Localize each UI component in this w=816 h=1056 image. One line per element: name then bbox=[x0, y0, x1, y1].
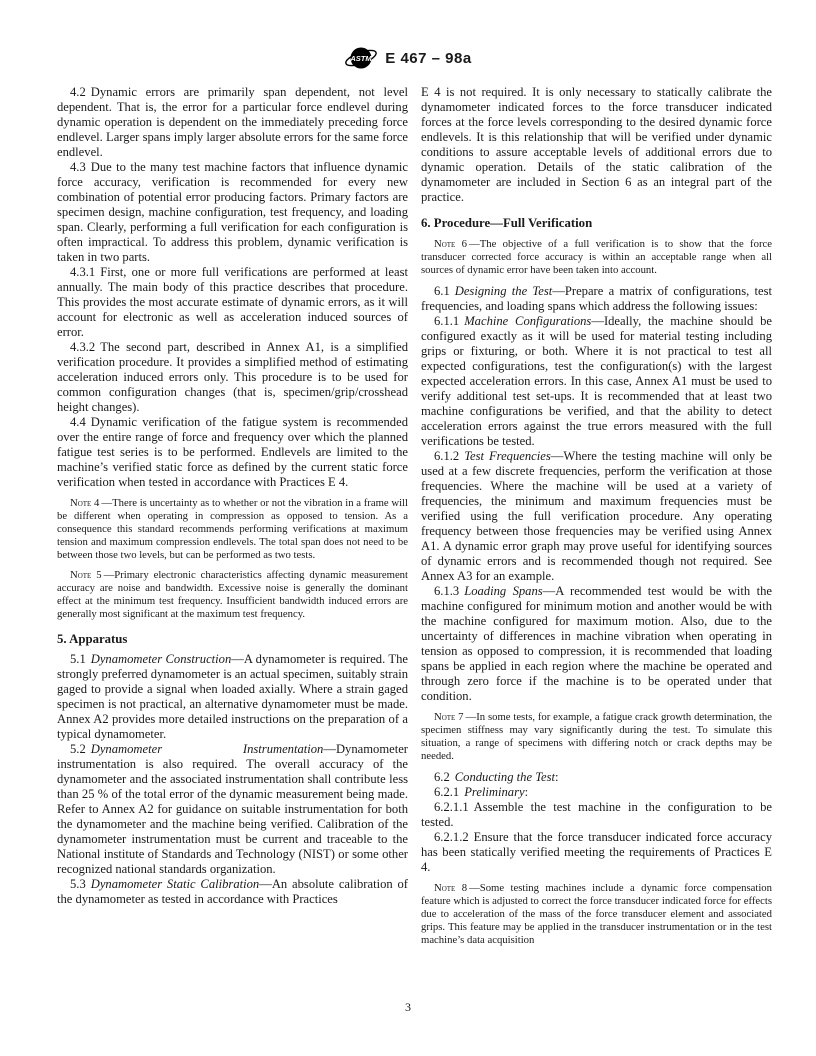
section-number: 6.2 bbox=[434, 770, 450, 784]
section-number: 6.1 bbox=[434, 284, 450, 298]
section-number: 4.3.1 bbox=[70, 265, 95, 279]
right-column: E 4 is not required. It is only necessar… bbox=[421, 85, 772, 954]
defined-term: Test Frequencies bbox=[464, 449, 551, 463]
paragraph-4-3: 4.3Due to the many test machine factors … bbox=[57, 160, 408, 265]
section-number: 6.2.1.2 bbox=[434, 830, 469, 844]
paragraph-6-1-3: 6.1.3Loading Spans—A recommended test wo… bbox=[421, 584, 772, 704]
paragraph-text: : bbox=[525, 785, 529, 799]
paragraph-text: —Dynamometer instrumentation is also req… bbox=[57, 742, 408, 876]
note-text: —In some tests, for example, a fatigue c… bbox=[421, 711, 772, 762]
paragraph-text: First, one or more full verifications ar… bbox=[57, 265, 408, 339]
note-text: —The objective of a full verification is… bbox=[421, 238, 772, 276]
paragraph-6-2-1: 6.2.1Preliminary: bbox=[421, 785, 772, 800]
defined-term: Dynamometer Static Calibration bbox=[91, 877, 259, 891]
paragraph-4-3-2: 4.3.2The second part, described in Annex… bbox=[57, 340, 408, 415]
standard-designation: E 467 – 98a bbox=[385, 50, 471, 67]
document-page: ASTM E 467 – 98a 4.2Dynamic errors are p… bbox=[0, 0, 816, 1056]
note-text: —There is uncertainty as to whether or n… bbox=[57, 497, 408, 561]
paragraph-6-1-2: 6.1.2Test Frequencies—Where the testing … bbox=[421, 449, 772, 584]
section-number: 4.4 bbox=[70, 415, 86, 429]
page-header: ASTM E 467 – 98a bbox=[0, 0, 816, 72]
section-number: 5.3 bbox=[70, 877, 86, 891]
note-text: —Primary electronic characteristics affe… bbox=[57, 569, 408, 620]
section-number: 6.1.1 bbox=[434, 314, 459, 328]
paragraph-text: —Where the testing machine will only be … bbox=[421, 449, 772, 583]
note-7: Note 7—In some tests, for example, a fat… bbox=[421, 711, 772, 763]
paragraph-text: Ensure that the force transducer indicat… bbox=[421, 830, 772, 874]
section-number: 6.1.2 bbox=[434, 449, 459, 463]
section-heading-6: 6. Procedure—Full Verification bbox=[421, 216, 772, 231]
paragraph-6-1: 6.1Designing the Test—Prepare a matrix o… bbox=[421, 284, 772, 314]
defined-term: Dynamometer Instrumentation bbox=[91, 742, 324, 756]
paragraph-4-4: 4.4Dynamic verification of the fatigue s… bbox=[57, 415, 408, 490]
defined-term: Conducting the Test bbox=[455, 770, 555, 784]
section-number: 6.1.3 bbox=[434, 584, 459, 598]
astm-logo-icon: ASTM bbox=[344, 44, 378, 72]
section-number: 4.3.2 bbox=[70, 340, 95, 354]
section-number: 4.3 bbox=[70, 160, 86, 174]
note-label: Note 6 bbox=[434, 238, 467, 250]
note-label: Note 4 bbox=[70, 497, 99, 509]
paragraph-text: —Ideally, the machine should be configur… bbox=[421, 314, 772, 448]
section-number: 5.1 bbox=[70, 652, 86, 666]
paragraph-6-2-1-2: 6.2.1.2Ensure that the force transducer … bbox=[421, 830, 772, 875]
note-4: Note 4—There is uncertainty as to whethe… bbox=[57, 497, 408, 562]
defined-term: Loading Spans bbox=[464, 584, 542, 598]
paragraph-text: : bbox=[555, 770, 559, 784]
paragraph-4-3-1: 4.3.1First, one or more full verificatio… bbox=[57, 265, 408, 340]
paragraph-text: Due to the many test machine factors tha… bbox=[57, 160, 408, 264]
paragraph-6-2-1-1: 6.2.1.1Assemble the test machine in the … bbox=[421, 800, 772, 830]
note-label: Note 7 bbox=[434, 711, 464, 723]
section-number: 6.2.1 bbox=[434, 785, 459, 799]
note-6: Note 6—The objective of a full verificat… bbox=[421, 238, 772, 277]
defined-term: Designing the Test bbox=[455, 284, 553, 298]
paragraph-text: E 4 is not required. It is only necessar… bbox=[421, 85, 772, 204]
paragraph-4-2: 4.2Dynamic errors are primarily span dep… bbox=[57, 85, 408, 160]
defined-term: Machine Configurations bbox=[464, 314, 591, 328]
note-text: —Some testing machines include a dynamic… bbox=[421, 882, 772, 946]
note-8: Note 8—Some testing machines include a d… bbox=[421, 882, 772, 947]
section-heading-5: 5. Apparatus bbox=[57, 632, 408, 647]
page-number: 3 bbox=[0, 1000, 816, 1015]
section-number: 6.2.1.1 bbox=[434, 800, 469, 814]
astm-logo-letters: ASTM bbox=[350, 54, 373, 63]
defined-term: Dynamometer Construction bbox=[91, 652, 232, 666]
paragraph-5-1: 5.1Dynamometer Construction—A dynamomete… bbox=[57, 652, 408, 742]
paragraph-5-3: 5.3Dynamometer Static Calibration—An abs… bbox=[57, 877, 408, 907]
paragraph-text: Dynamic errors are primarily span depend… bbox=[57, 85, 408, 159]
paragraph-text: Dynamic verification of the fatigue syst… bbox=[57, 415, 408, 489]
defined-term: Preliminary bbox=[464, 785, 524, 799]
section-number: 4.2 bbox=[70, 85, 86, 99]
note-label: Note 5 bbox=[70, 569, 102, 581]
paragraph-text: —A recommended test would be with the ma… bbox=[421, 584, 772, 703]
paragraph-6-1-1: 6.1.1Machine Configurations—Ideally, the… bbox=[421, 314, 772, 449]
paragraph-text: The second part, described in Annex A1, … bbox=[57, 340, 408, 414]
paragraph-5-2: 5.2Dynamometer Instrumentation—Dynamomet… bbox=[57, 742, 408, 877]
left-column: 4.2Dynamic errors are primarily span dep… bbox=[57, 85, 408, 954]
paragraph-text: Assemble the test machine in the configu… bbox=[421, 800, 772, 829]
section-number: 5.2 bbox=[70, 742, 86, 756]
paragraph-6-2: 6.2Conducting the Test: bbox=[421, 770, 772, 785]
note-5: Note 5—Primary electronic characteristic… bbox=[57, 569, 408, 621]
paragraph-5-3-continuation: E 4 is not required. It is only necessar… bbox=[421, 85, 772, 205]
two-column-body: 4.2Dynamic errors are primarily span dep… bbox=[0, 72, 816, 954]
note-label: Note 8 bbox=[434, 882, 467, 894]
